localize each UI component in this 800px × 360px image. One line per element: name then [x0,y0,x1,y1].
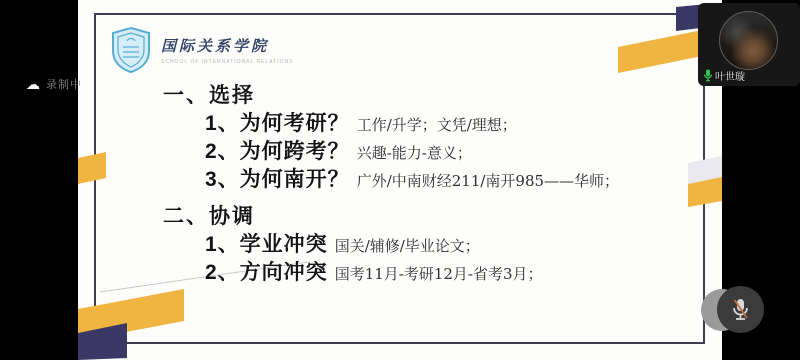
participant-name-badge: 叶世璇 [703,68,745,83]
outline-item-detail: 广外/中南财经211/南开985——华师； [357,172,619,190]
outline-item: 1、学业冲突国关/辅修/毕业论文； [163,231,703,259]
section-heading: 一、选择 [163,82,703,110]
outline-item-title: 3、为何南开？ [205,168,350,191]
school-name: 国际关系学院 [161,35,293,56]
video-letterbox-left [0,0,78,360]
school-logo: 国际关系学院 SCHOOL OF INTERNATIONAL RELATIONS [110,27,293,73]
mute-button[interactable] [717,286,764,333]
recording-label: 录制中 [46,76,82,92]
outline-section: 一、选择 1、为何考研？工作/升学；文凭/理想； 2、为何跨考？兴趣-能力-意义… [163,82,703,194]
meeting-window: 国际关系学院 SCHOOL OF INTERNATIONAL RELATIONS… [0,0,800,360]
outline-item: 2、方向冲突国考11月-考研12月-省考3月； [163,259,703,287]
mic-muted-icon [730,297,751,322]
outline-item-title: 1、学业冲突 [205,233,328,256]
outline-item-detail: 国考11月-考研12月-省考3月； [335,265,543,283]
cloud-recording-icon: ☁ [26,77,40,91]
recording-indicator[interactable]: ☁ 录制中 [26,76,82,92]
participant-avatar [719,11,778,70]
outline-section: 二、协调 1、学业冲突国关/辅修/毕业论文； 2、方向冲突国考11月-考研12月… [163,203,703,287]
participant-name: 叶世璇 [715,68,745,83]
deco-gold-left [78,152,106,184]
section-heading: 二、协调 [163,203,703,231]
outline-item-detail: 工作/升学；文凭/理想； [357,116,517,134]
outline-item: 1、为何考研？工作/升学；文凭/理想； [163,110,703,138]
mic-on-icon [703,69,713,82]
school-shield-icon [110,27,152,73]
participant-video-tile[interactable]: 叶世璇 [698,3,800,86]
outline-item: 2、为何跨考？兴趣-能力-意义； [163,138,703,166]
outline-item-detail: 兴趣-能力-意义； [357,144,472,162]
school-name-english: SCHOOL OF INTERNATIONAL RELATIONS [161,59,293,65]
outline-item-title: 1、为何考研？ [205,112,350,135]
outline-item-detail: 国关/辅修/毕业论文； [335,237,480,255]
outline-item: 3、为何南开？广外/中南财经211/南开985——华师； [163,166,703,194]
outline-item-title: 2、方向冲突 [205,261,328,284]
outline-item-title: 2、为何跨考？ [205,140,350,163]
slide-content: 一、选择 1、为何考研？工作/升学；文凭/理想； 2、为何跨考？兴趣-能力-意义… [163,82,703,287]
